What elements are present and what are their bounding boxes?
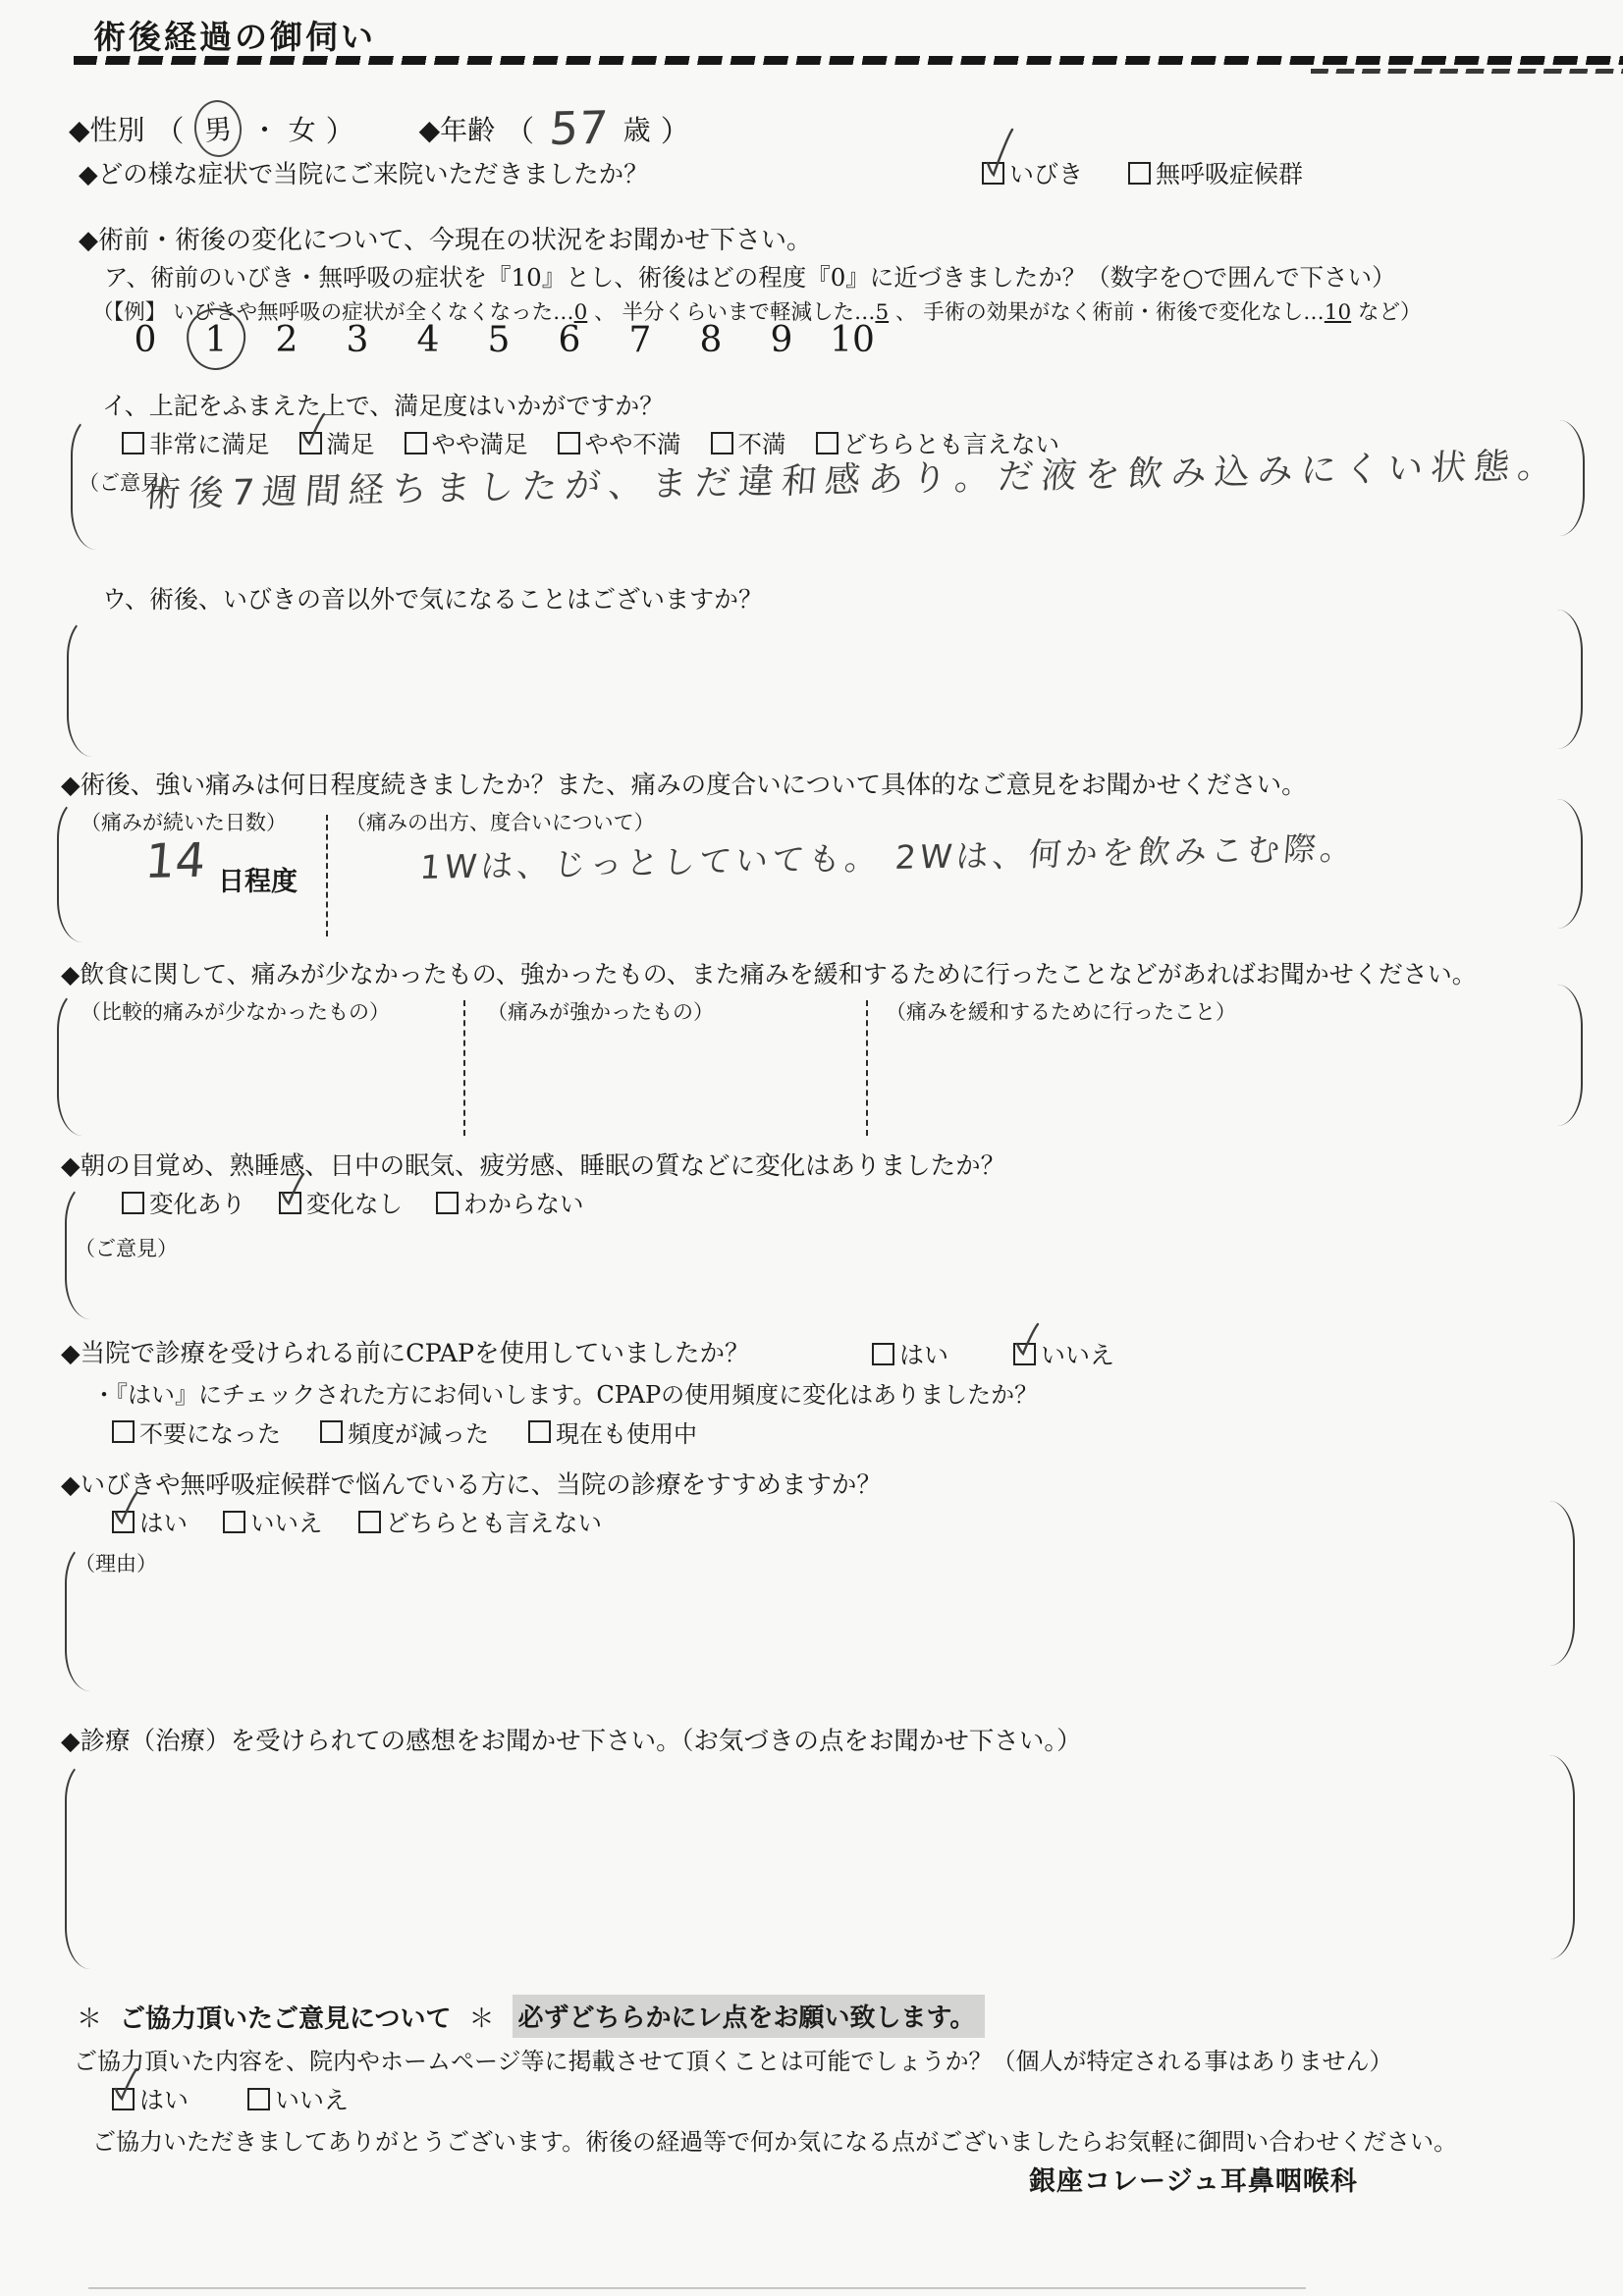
- answer-bracket-left: [67, 615, 94, 757]
- scanned-questionnaire-page: 術後経過の御伺い ◆性別 （ 男 ・ 女 ） ◆年齢 （ 57 歳 ） ◆どの様…: [0, 0, 1623, 2296]
- answer-bracket-right: [1555, 799, 1583, 929]
- cpap-question: ◆当院で診療を受けられる前にCPAPを使用していましたか？: [61, 1334, 750, 1369]
- column-divider: [866, 1000, 868, 1136]
- checkbox-wakaranai[interactable]: わからない: [436, 1186, 584, 1220]
- checkbox-box: [299, 432, 322, 454]
- checkbox-box: [112, 1511, 135, 1533]
- checkbox-publish-hai[interactable]: はい: [112, 2081, 189, 2116]
- cpap-sub-options: 不要になった 頻度が減った 現在も使用中: [112, 1415, 697, 1449]
- rating-scale: 0 1 2 3 4 5 6 7 8 9 10: [110, 320, 888, 360]
- scale-number-3[interactable]: 3: [322, 320, 393, 360]
- answer-area-empty[interactable]: [108, 661, 1532, 739]
- food-col2-label: （痛みが強かったもの）: [487, 996, 714, 1026]
- thanks-text: ご協力いただきましてありがとうございます。術後の経過等で何か気になる点がございま…: [92, 2122, 1457, 2157]
- checkbox-box: [358, 1511, 381, 1533]
- symptom-section: ◆どの様な症状で当院にご来院いただきましたか？ いびき 無呼吸症候群: [0, 149, 1623, 214]
- checkbox-box: [122, 1192, 144, 1214]
- scan-edge-artifact: [88, 2287, 1306, 2289]
- answer-bracket-right: [1547, 1501, 1575, 1666]
- checkbox-cpap-iie[interactable]: いいえ: [1013, 1336, 1114, 1371]
- checkbox-box: [122, 432, 144, 454]
- scale-number-4[interactable]: 4: [393, 320, 463, 360]
- gender-female-label[interactable]: 女: [289, 109, 316, 148]
- change-sub-question: ア、術前のいびき・無呼吸の症状を『10』とし、術後はどの程度『0』に近づきました…: [104, 259, 1396, 294]
- gender-dot: ・: [251, 109, 279, 148]
- cpap-section: ◆当院で診療を受けられる前にCPAPを使用していましたか？ はい いいえ ・『は…: [0, 1318, 1623, 1456]
- checkbox-publish-iie[interactable]: いいえ: [247, 2081, 349, 2116]
- checkbox-box: [320, 1420, 343, 1443]
- hatched-divider: [74, 56, 1623, 65]
- checkbox-susume-dochira[interactable]: どちらとも言えない: [358, 1505, 603, 1539]
- scale-number-6[interactable]: 6: [534, 320, 605, 360]
- scale-number-0[interactable]: 0: [110, 320, 181, 360]
- checkbox-label: どちらとも言えない: [386, 1505, 603, 1539]
- column-divider: [463, 1000, 465, 1136]
- scale-number-10[interactable]: 10: [817, 320, 888, 360]
- checkbox-label: 無呼吸症候群: [1156, 155, 1303, 190]
- satisfaction-section: イ、上記をふまえた上で、満足度はいかがですか？ 非常に満足 満足 やや満足 やや…: [0, 381, 1623, 572]
- checkbox-label: わからない: [463, 1186, 584, 1220]
- profile-section: ◆性別 （ 男 ・ 女 ） ◆年齢 （ 57 歳 ）: [0, 98, 1623, 149]
- scale-number-8[interactable]: 8: [676, 320, 746, 360]
- food-section: ◆飲食に関して、痛みが少なかったもの、強かったもの、また痛みを緩和するために行っ…: [0, 945, 1623, 1137]
- checkbox-box: [872, 1343, 894, 1365]
- impression-question: ◆診療（治療）を受けられての感想をお聞かせ下さい。（お気づきの点をお聞かせ下さい…: [61, 1722, 1082, 1757]
- checkbox-fuyo[interactable]: 不要になった: [112, 1415, 281, 1449]
- checkbox-box: [982, 162, 1004, 185]
- header-section: 術後経過の御伺い: [0, 0, 1623, 98]
- age-label: ◆年齢: [419, 109, 496, 148]
- checkbox-label: はい: [139, 1505, 188, 1539]
- handwritten-pain-days: 14: [143, 833, 208, 889]
- asterisk-mark: ＊: [77, 1999, 102, 2035]
- footer-note-highlight: 必ずどちらかにレ点をお願い致します。: [513, 1995, 986, 2038]
- checkbox-hijoni-manzoku[interactable]: 非常に満足: [122, 426, 270, 460]
- answer-bracket-left: [57, 988, 84, 1136]
- paren-close: ）: [326, 107, 355, 150]
- checkbox-henka-ari[interactable]: 変化あり: [122, 1186, 245, 1220]
- checkbox-label: 頻度が減った: [348, 1415, 489, 1449]
- checkbox-yaya-manzoku[interactable]: やや満足: [405, 426, 528, 460]
- example-value-10: 10: [1325, 300, 1351, 325]
- checkbox-box: [1128, 162, 1151, 185]
- footer-section: ＊ ご協力頂いたご意見について ＊ 必ずどちらかにレ点をお願い致します。 ご協力…: [0, 1985, 1623, 2296]
- checkbox-susume-iie[interactable]: いいえ: [223, 1505, 323, 1539]
- sleep-options: 変化あり 変化なし わからない: [122, 1186, 584, 1220]
- example-text: 、 手術の効果がなく術前・術後で変化なし…: [889, 300, 1325, 325]
- impression-section: ◆診療（治療）を受けられての感想をお聞かせ下さい。（お気づきの点をお聞かせ下さい…: [0, 1710, 1623, 1985]
- page-title: 術後経過の御伺い: [93, 12, 376, 58]
- pain-days-unit: 日程度: [218, 860, 298, 898]
- checkbox-label: 不要になった: [139, 1415, 281, 1449]
- pain-days-label: （痛みが続いた日数）: [81, 807, 287, 836]
- food-col1-label: （比較的痛みが少なかったもの）: [81, 996, 390, 1026]
- change-question: ◆術前・術後の変化について、今現在の状況をお聞かせ下さい。: [79, 220, 812, 256]
- scale-number-7[interactable]: 7: [605, 320, 676, 360]
- sleep-section: ◆朝の目覚め、熟睡感、日中の眠気、疲労感、睡眠の質などに変化はありましたか？ 変…: [0, 1137, 1623, 1318]
- other-concerns-section: ウ、術後、いびきの音以外で気になることはございますか？: [0, 572, 1623, 758]
- answer-bracket-right: [1547, 1755, 1575, 1959]
- checkbox-label: いいえ: [250, 1505, 323, 1539]
- publish-question: ご協力頂いた内容を、院内やホームページ等に掲載させて頂くことは可能でしょうか？（…: [74, 2042, 1393, 2076]
- checkbox-box: [223, 1511, 245, 1533]
- scale-number-1-circled[interactable]: 1: [181, 320, 251, 360]
- checkbox-label: いいえ: [1041, 1336, 1114, 1371]
- age-paren-close: ）: [661, 107, 690, 150]
- checkbox-label: やや不満: [585, 426, 681, 460]
- answer-bracket-left: [65, 1182, 92, 1319]
- checkbox-susume-hai[interactable]: はい: [112, 1505, 188, 1539]
- clinic-name: 銀座コレージュ耳鼻咽喉科: [1029, 2160, 1358, 2198]
- checkbox-mukokyu[interactable]: 無呼吸症候群: [1128, 155, 1303, 190]
- food-question: ◆飲食に関して、痛みが少なかったもの、強かったもの、また痛みを緩和するために行っ…: [61, 955, 1477, 990]
- pain-question: ◆術後、強い痛みは何日程度続きましたか？また、痛みの度合いについて具体的なご意見…: [61, 766, 1307, 801]
- age-handwritten-value: 57: [548, 101, 610, 155]
- footer-note-text: ご協力頂いたご意見について: [120, 1999, 451, 2035]
- checkbox-label: やや満足: [432, 426, 528, 460]
- checkbox-label: 変化あり: [149, 1186, 245, 1220]
- pain-detail-label: （痛みの出方、度合いについて）: [346, 807, 655, 836]
- age-paren-open: （: [505, 107, 534, 150]
- answer-area-empty[interactable]: [108, 1769, 1522, 1955]
- checkbox-cpap-hai[interactable]: はい: [872, 1336, 948, 1371]
- pain-section: ◆術後、強い痛みは何日程度続きましたか？また、痛みの度合いについて具体的なご意見…: [0, 758, 1623, 945]
- checkbox-label: 変化なし: [306, 1186, 403, 1220]
- age-unit: 歳: [623, 109, 651, 148]
- cpap-options: はい いいえ: [872, 1336, 1114, 1371]
- recommend-options: はい いいえ どちらとも言えない: [112, 1505, 602, 1539]
- checkbox-box: [558, 432, 580, 454]
- answer-bracket-left: [65, 1542, 92, 1691]
- answer-bracket-right: [1555, 985, 1583, 1126]
- other-concerns-question: ウ、術後、いびきの音以外で気になることはございますか？: [102, 580, 763, 615]
- example-text: など）: [1351, 300, 1421, 325]
- satisfaction-question: イ、上記をふまえた上で、満足度はいかがですか？: [102, 387, 664, 422]
- checkbox-ibiki[interactable]: いびき: [982, 155, 1083, 190]
- checkbox-yaya-fuman[interactable]: やや不満: [558, 426, 681, 460]
- checkbox-hindo-hetta[interactable]: 頻度が減った: [320, 1415, 489, 1449]
- checkbox-box: [1013, 1343, 1036, 1365]
- checkbox-genzai-shiyochu[interactable]: 現在も使用中: [528, 1415, 697, 1449]
- checkbox-label: 満足: [327, 426, 375, 460]
- paren-open: （: [155, 107, 185, 150]
- change-section: ◆術前・術後の変化について、今現在の状況をお聞かせ下さい。 ア、術前のいびき・無…: [0, 214, 1623, 381]
- checkbox-label: 非常に満足: [149, 426, 270, 460]
- answer-bracket-left: [57, 797, 84, 942]
- column-divider: [326, 815, 328, 936]
- publish-options: はい いいえ: [112, 2081, 349, 2116]
- checkbox-label: はい: [899, 1336, 948, 1371]
- food-col3-label: （痛みを緩和するために行ったこと）: [886, 996, 1236, 1026]
- cpap-sub-question: ・『はい』にチェックされた方にお伺いします。CPAPの使用頻度に変化はありました…: [92, 1375, 1038, 1410]
- sleep-question: ◆朝の目覚め、熟睡感、日中の眠気、疲労感、睡眠の質などに変化はありましたか？: [61, 1147, 1005, 1182]
- scale-number-9[interactable]: 9: [746, 320, 817, 360]
- checkbox-label: 現在も使用中: [556, 1415, 697, 1449]
- gender-male-label: 男: [202, 108, 233, 149]
- checkbox-label: いびき: [1009, 155, 1083, 190]
- checkbox-manzoku[interactable]: 満足: [299, 426, 375, 460]
- checkbox-box: [711, 432, 733, 454]
- checkbox-box: [405, 432, 427, 454]
- recommend-question: ◆いびきや無呼吸症候群で悩んでいる方に、当院の診療をすすめますか？: [61, 1466, 882, 1501]
- checkbox-box: [247, 2088, 270, 2110]
- checkbox-henka-nashi[interactable]: 変化なし: [279, 1186, 403, 1220]
- checkbox-box: [816, 432, 839, 454]
- checkbox-box: [112, 2088, 135, 2110]
- scale-number-2[interactable]: 2: [251, 320, 322, 360]
- checkbox-box: [279, 1192, 301, 1214]
- answer-bracket-right: [1555, 610, 1583, 749]
- hatched-divider-fragment: [1311, 69, 1623, 74]
- recommend-section: ◆いびきや無呼吸症候群で悩んでいる方に、当院の診療をすすめますか？ はい いいえ…: [0, 1456, 1623, 1710]
- answer-bracket-left: [71, 414, 98, 550]
- checkbox-box: [436, 1192, 459, 1214]
- asterisk-mark: ＊: [469, 1999, 495, 2035]
- scale-number-5[interactable]: 5: [463, 320, 534, 360]
- checkbox-box: [528, 1420, 551, 1443]
- checkbox-label: いいえ: [275, 2081, 349, 2116]
- checkbox-label: はい: [139, 2081, 189, 2116]
- gender-label: ◆性別: [69, 109, 145, 148]
- answer-bracket-right: [1557, 420, 1585, 536]
- answer-bracket-left: [65, 1759, 92, 1969]
- checkbox-box: [112, 1420, 135, 1443]
- symptom-question: ◆どの様な症状で当院にご来院いただきましたか？: [79, 155, 649, 190]
